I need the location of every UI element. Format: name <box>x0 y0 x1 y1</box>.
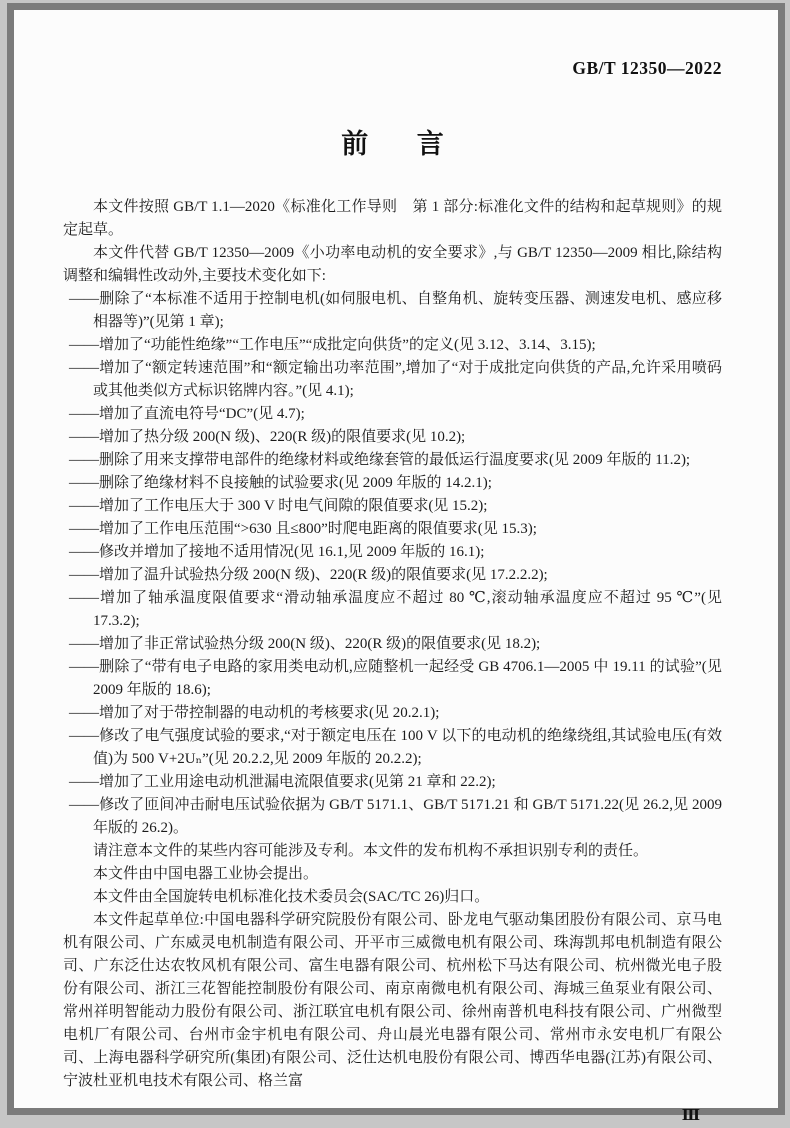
change-item: ——增加了“功能性绝缘”“工作电压”“成批定向供货”的定义(见 3.12、3.1… <box>63 334 722 357</box>
page-content: GB/T 12350—2022 前言 本文件按照 GB/T 1.1—2020《标… <box>14 10 778 1108</box>
change-item: ——增加了对于带控制器的电动机的考核要求(见 20.2.1); <box>63 702 722 725</box>
standard-number-header: GB/T 12350—2022 <box>63 56 722 80</box>
change-item: ——修改了匝间冲击耐电压试验依据为 GB/T 5171.1、GB/T 5171.… <box>63 794 722 840</box>
drafting-organizations-paragraph: 本文件起草单位:中国电器科学研究院股份有限公司、卧龙电气驱动集团股份有限公司、京… <box>63 909 722 1093</box>
change-item: ——修改了电气强度试验的要求,“对于额定电压在 100 V 以下的电动机的绝缘绕… <box>63 725 722 771</box>
foreword-body: 本文件按照 GB/T 1.1—2020《标准化工作导则 第 1 部分:标准化文件… <box>63 196 722 1093</box>
change-item: ——增加了工作电压范围“>630 且≤800”时爬电距离的限值要求(见 15.3… <box>63 518 722 541</box>
change-item: ——增加了轴承温度限值要求“滑动轴承温度应不超过 80 ℃,滚动轴承温度应不超过… <box>63 587 722 633</box>
change-item: ——增加了直流电符号“DC”(见 4.7); <box>63 403 722 426</box>
document-page: GB/T 12350—2022 前言 本文件按照 GB/T 1.1—2020《标… <box>7 3 785 1115</box>
change-item: ——增加了工作电压大于 300 V 时电气间隙的限值要求(见 15.2); <box>63 495 722 518</box>
change-item: ——增加了非正常试验热分级 200(N 级)、220(R 级)的限值要求(见 1… <box>63 633 722 656</box>
change-item: ——删除了用来支撑带电部件的绝缘材料或绝缘套管的最低运行温度要求(见 2009 … <box>63 449 722 472</box>
change-item: ——修改并增加了接地不适用情况(见 16.1,见 2009 年版的 16.1); <box>63 541 722 564</box>
change-item: ——删除了绝缘材料不良接触的试验要求(见 2009 年版的 14.2.1); <box>63 472 722 495</box>
patent-notice-paragraph: 请注意本文件的某些内容可能涉及专利。本文件的发布机构不承担识别专利的责任。 <box>63 840 722 863</box>
change-item: ——增加了热分级 200(N 级)、220(R 级)的限值要求(见 10.2); <box>63 426 722 449</box>
foreword-paragraph: 本文件按照 GB/T 1.1—2020《标准化工作导则 第 1 部分:标准化文件… <box>63 196 722 242</box>
page-title: 前言 <box>63 124 722 164</box>
change-item: ——增加了工业用途电动机泄漏电流限值要求(见第 21 章和 22.2); <box>63 771 722 794</box>
page-number: Ⅲ <box>63 1105 722 1117</box>
proposer-paragraph: 本文件由中国电器工业协会提出。 <box>63 863 722 886</box>
change-item: ——增加了温升试验热分级 200(N 级)、220(R 级)的限值要求(见 17… <box>63 564 722 587</box>
foreword-paragraph: 本文件代替 GB/T 12350—2009《小功率电动机的安全要求》,与 GB/… <box>63 242 722 288</box>
change-item: ——删除了“本标准不适用于控制电机(如伺服电机、自整角机、旋转变压器、测速发电机… <box>63 288 722 334</box>
technical-changes-list: ——删除了“本标准不适用于控制电机(如伺服电机、自整角机、旋转变压器、测速发电机… <box>63 288 722 840</box>
page-title-text: 前言 <box>293 129 493 159</box>
change-item: ——删除了“带有电子电路的家用类电动机,应随整机一起经受 GB 4706.1—2… <box>63 656 722 702</box>
change-item: ——增加了“额定转速范围”和“额定输出功率范围”,增加了“对于成批定向供货的产品… <box>63 357 722 403</box>
committee-paragraph: 本文件由全国旋转电机标准化技术委员会(SAC/TC 26)归口。 <box>63 886 722 909</box>
